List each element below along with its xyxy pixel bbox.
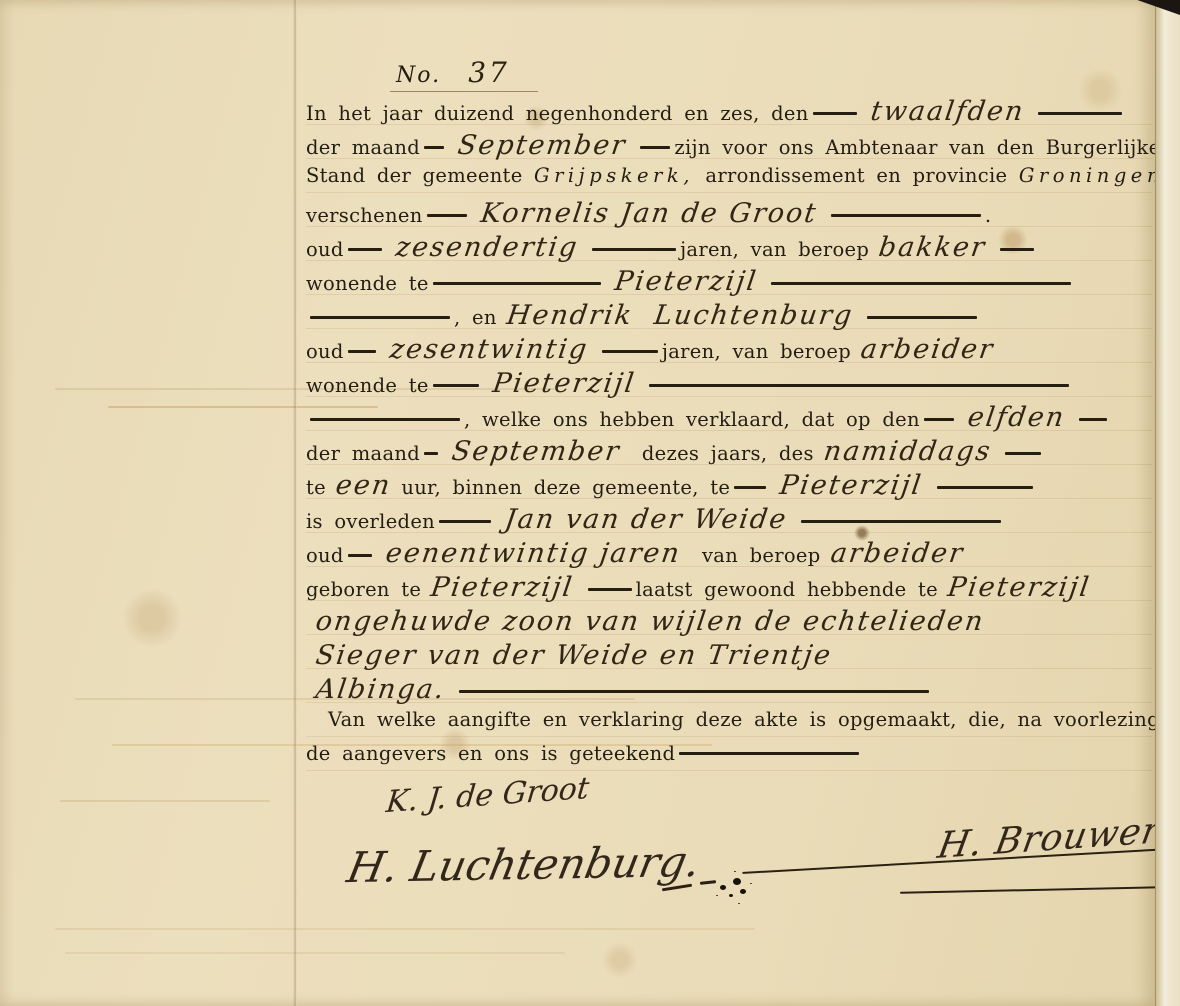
filler-rule [348,248,382,251]
ink-blot-stain [733,878,741,885]
form-line: is overledenJan van der Weide [306,504,1152,538]
printed-text: . [985,204,992,227]
act-number-label: No. [396,63,441,88]
handwritten-text: ongehuwde zoon van wijlen de echtelieden [314,606,987,637]
filler-rule [734,486,766,489]
filler-rule [348,350,376,353]
filler-rule [801,520,1001,523]
printed-text: arrondissement en provincie [694,164,1019,187]
printed-text: van beroep [690,544,820,567]
form-line: ongehuwde zoon van wijlen de echtelieden [306,606,1152,640]
form-line: wonende tePieterzijl [306,368,1152,402]
handwritten-text: twaalfden [868,96,1026,127]
act-number-line: No. 37 [306,56,1152,96]
filler-rule [1079,418,1107,421]
form-line: oudeenentwintig jaren van beroeparbeider [306,538,1152,572]
printed-text-spaced: Grijpskerk, [534,164,694,187]
filler-rule [771,282,1071,285]
paper-streak [60,800,270,802]
handwritten-text: bakker [877,232,988,263]
filler-rule [424,452,438,455]
form-line: geboren tePieterzijllaatst gewoond hebbe… [306,572,1152,606]
form-line: , enHendrik Luchtenburg [306,300,1152,334]
handwritten-text: Jan van der Weide [503,504,790,535]
paper-streak [55,928,755,930]
filler-rule [649,384,1069,387]
filler-rule [602,350,658,353]
form-line: teeenuur, binnen deze gemeente, tePieter… [306,470,1152,504]
filler-rule [1038,112,1122,115]
filler-rule [813,112,857,115]
handwritten-text: zesendertig [394,232,581,263]
handwritten-text: Pieterzijl [613,266,760,297]
handwritten-text: zesentwintig [388,334,591,365]
handwritten-text: arbeider [859,334,996,365]
form-line: de aangevers en ons is geteekend [306,742,1152,776]
filler-rule [867,316,977,319]
printed-text: de aangevers en ons is geteekend [306,742,675,765]
handwritten-text: namiddags [822,436,994,467]
form-line: oudzesentwintigjaren, van beroeparbeider [306,334,1152,368]
form-line: verschenenKornelis Jan de Groot. [306,198,1152,232]
form-line: Stand der gemeente Grijpskerk, arrondiss… [306,164,1152,198]
form-line: wonende tePieterzijl [306,266,1152,300]
printed-text: oud [306,544,344,567]
handwritten-text: elfden [966,402,1068,433]
filler-rule [588,588,632,591]
printed-text: der maand [306,442,420,465]
handwritten-text: Pieterzijl [778,470,925,501]
signature-dash [700,880,716,885]
printed-text: jaren, van beroep [680,238,869,261]
printed-text: wonende te [306,374,429,397]
printed-text: uur, binnen deze gemeente, te [401,476,730,499]
form-line: der maandSeptember dezes jaars, desnamid… [306,436,1152,470]
act-number-value: 37 [468,56,510,89]
form-lines: In het jaar duizend negenhonderd en zes,… [306,96,1152,776]
act-number: No. 37 [390,56,538,92]
printed-text: , welke ons hebben verklaard, dat op den [464,408,920,431]
filler-rule [310,316,450,319]
printed-text: zijn voor ons Ambtenaar van den Burgerli… [674,136,1173,159]
printed-text: Stand der gemeente [306,164,534,187]
handwritten-text: Kornelis Jan de Groot [478,198,819,229]
signature-declarant-1: K. J. de Groot [384,771,590,821]
handwritten-text: Sieger van der Weide en Trientje [314,640,834,671]
filler-rule [424,146,444,149]
handwritten-text: eenentwintig jaren [384,538,683,569]
printed-text: jaren, van beroep [662,340,851,363]
signature-declarant-2: H. Luchtenburg. [343,837,704,892]
filler-rule [433,384,479,387]
handwritten-text: Pieterzijl [491,368,638,399]
page-fold-crease [293,0,297,1006]
printed-text: wonende te [306,272,429,295]
form-line: Sieger van der Weide en Trientje [306,640,1152,674]
printed-text: In het jaar duizend negenhonderd en zes,… [306,102,809,125]
next-page-edge [1155,0,1180,1006]
filler-rule [433,282,601,285]
form-line: In het jaar duizend negenhonderd en zes,… [306,96,1152,130]
printed-text: geboren te [306,578,421,601]
filler-rule [459,690,929,693]
filler-rule [640,146,670,149]
printed-text: , en [454,306,497,329]
printed-text: laatst gewoond hebbende te [636,578,938,601]
filler-rule [1005,452,1041,455]
filler-rule [439,520,491,523]
printed-text: oud [306,340,344,363]
printed-text: dezes jaars, des [630,442,813,465]
handwritten-text: Pieterzijl [429,572,576,603]
printed-text-spaced: Groningen, [1019,164,1175,187]
form-line: Van welke aangifte en verklaring deze ak… [306,708,1152,742]
handwritten-text: September [456,130,629,161]
filler-rule [679,752,859,755]
printed-text: verschenen [306,204,423,227]
printed-text: is overleden [306,510,435,533]
handwritten-text: een [334,470,394,501]
filler-rule [831,214,981,217]
printed-text: te [306,476,326,499]
filler-rule [348,554,372,557]
printed-text: der maand [306,136,420,159]
filler-rule [937,486,1033,489]
filler-rule [924,418,954,421]
signature-flourish-line [900,886,1162,893]
handwritten-text: Pieterzijl [946,572,1093,603]
filler-rule [310,418,460,421]
handwritten-text: September [450,436,623,467]
paper-streak [65,952,565,954]
form-line: Albinga. [306,674,1152,708]
handwritten-text: arbeider [828,538,965,569]
handwritten-text: Hendrik Luchtenburg [505,300,856,331]
document-page: No. 37 In het jaar duizend negenhonderd … [0,0,1156,1006]
form-line: , welke ons hebben verklaard, dat op den… [306,402,1152,436]
filler-rule [427,214,467,217]
printed-text: oud [306,238,344,261]
filler-rule [1000,248,1034,251]
form-body: No. 37 In het jaar duizend negenhonderd … [306,56,1152,776]
printed-text: Van welke aangifte en verklaring deze ak… [328,708,1180,731]
form-line: oudzesendertigjaren, van beroepbakker [306,232,1152,266]
form-line: der maandSeptemberzijn voor ons Ambtenaa… [306,130,1152,164]
handwritten-text: Albinga. [314,674,448,705]
filler-rule [592,248,676,251]
